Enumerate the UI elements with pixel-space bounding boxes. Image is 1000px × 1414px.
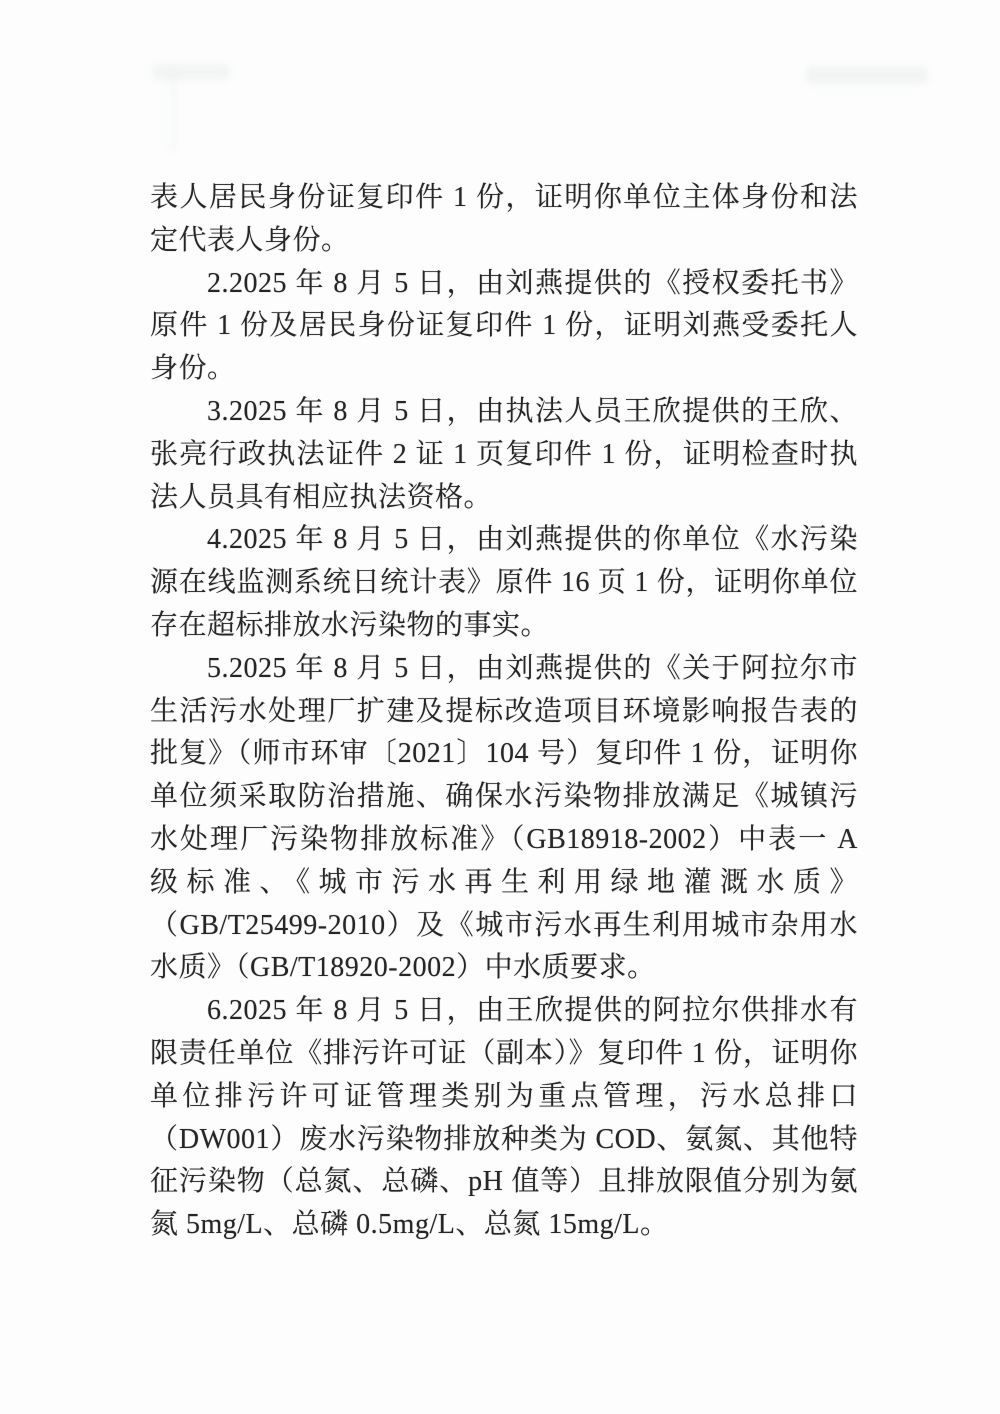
document-body-text: 表人居民身份证复印件 1 份，证明你单位主体身份和法定代表人身份。 2.2025… xyxy=(150,177,858,1247)
scan-artifact-smudge xyxy=(152,64,230,80)
evidence-item-2: 2.2025 年 8 月 5 日，由刘燕提供的《授权委托书》原件 1 份及居民身… xyxy=(150,263,858,391)
scan-artifact-smudge xyxy=(806,66,928,84)
evidence-item-5: 5.2025 年 8 月 5 日，由刘燕提供的《关于阿拉尔市生活污水处理厂扩建及… xyxy=(150,648,858,990)
evidence-item-3: 3.2025 年 8 月 5 日，由执法人员王欣提供的王欣、张亮行政执法证件 2… xyxy=(150,391,858,519)
scanned-document-page: 表人居民身份证复印件 1 份，证明你单位主体身份和法定代表人身份。 2.2025… xyxy=(0,0,1000,1414)
scan-artifact-streak xyxy=(170,70,177,152)
paragraph-continuation: 表人居民身份证复印件 1 份，证明你单位主体身份和法定代表人身份。 xyxy=(150,177,858,263)
evidence-item-4: 4.2025 年 8 月 5 日，由刘燕提供的你单位《水污染源在线监测系统日统计… xyxy=(150,519,858,647)
evidence-item-6: 6.2025 年 8 月 5 日，由王欣提供的阿拉尔供排水有限责任单位《排污许可… xyxy=(150,990,858,1247)
